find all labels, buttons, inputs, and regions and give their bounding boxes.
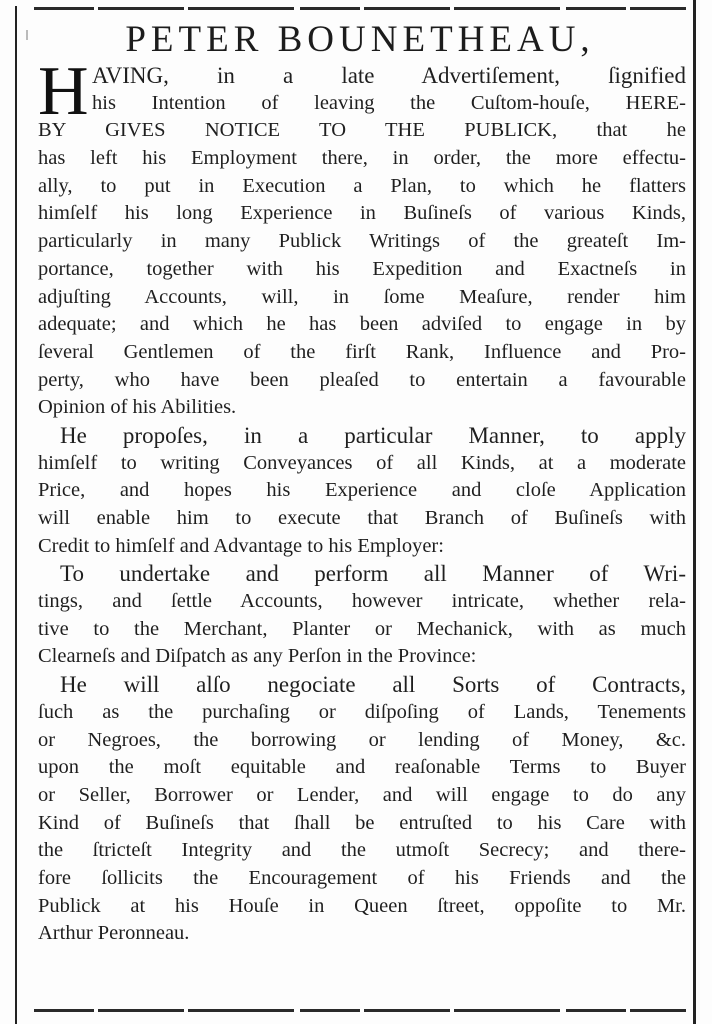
text-line: Price, and hopes his Experience and cloſ… [38,477,686,505]
text-line: his Intention of leaving the Cuſtom-houſ… [38,90,686,118]
text-line: Arthur Peronneau. [38,920,686,948]
text-line: Publick at his Houſe in Queen ſtreet, op… [38,893,686,921]
drop-cap: H [38,62,89,122]
text-line: or Seller, Borrower or Lender, and will … [38,782,686,810]
newspaper-page: PETER BOUNETHEAU, H AVING, in a late Adv… [0,0,712,1024]
column-border-right [693,0,696,1024]
text-line: fore ſollicits the Encouragement of his … [38,865,686,893]
text-line: He propoſes, in a particular Manner, to … [38,422,686,450]
text-line: will enable him to execute that Branch o… [38,505,686,533]
text-line: upon the moſt equitable and reaſonable T… [38,754,686,782]
paragraph-4: He will alſo negociate all Sorts of Cont… [38,671,686,948]
text-line: or Negroes, the borrowing or lending of … [38,727,686,755]
text-line: adequate; and which he has been adviſed … [38,311,686,339]
text-line: Kind of Buſineſs that ſhall be entruſted… [38,810,686,838]
bottom-rule [34,1009,686,1012]
text-line: portance, together with his Expedition a… [38,256,686,284]
text-line: ſeveral Gentlemen of the firſt Rank, Inf… [38,339,686,367]
text-line: particularly in many Publick Writings of… [38,228,686,256]
paragraph-1: AVING, in a late Advertiſement, ſignifie… [38,62,686,422]
paragraph-3: To undertake and perform all Manner of W… [38,560,686,671]
text-line: ally, to put in Execution a Plan, to whi… [38,173,686,201]
text-line: Opinion of his Abilities. [38,394,686,422]
paragraph-2: He propoſes, in a particular Manner, to … [38,422,686,560]
text-line: Credit to himſelf and Advantage to his E… [38,533,686,561]
text-line: perty, who have been pleaſed to entertai… [38,367,686,395]
print-speck [26,30,28,40]
text-line: AVING, in a late Advertiſement, ſignifie… [38,62,686,90]
column-border-left [15,6,17,1024]
text-line: Clearneſs and Diſpatch as any Perſon in … [38,643,686,671]
text-line: tings, and ſettle Accounts, however intr… [38,588,686,616]
text-line: the ſtricteſt Integrity and the utmoſt S… [38,837,686,865]
text-line: BY GIVES NOTICE TO THE PUBLICK, that he [38,117,686,145]
text-line: himſelf to writing Conveyances of all Ki… [38,450,686,478]
text-line: To undertake and perform all Manner of W… [38,560,686,588]
text-line: himſelf his long Experience in Buſineſs … [38,200,686,228]
top-rule [34,7,686,10]
text-line: adjuſting Accounts, will, in ſome Meaſur… [38,284,686,312]
text-line: ſuch as the purchaſing or diſpoſing of L… [38,699,686,727]
advertisement-title: PETER BOUNETHEAU, [34,18,686,62]
text-line: tive to the Merchant, Planter or Mechani… [38,616,686,644]
advertisement-body: H AVING, in a late Advertiſement, ſignif… [38,62,686,948]
text-line: He will alſo negociate all Sorts of Cont… [38,671,686,699]
text-line: has left his Employment there, in order,… [38,145,686,173]
